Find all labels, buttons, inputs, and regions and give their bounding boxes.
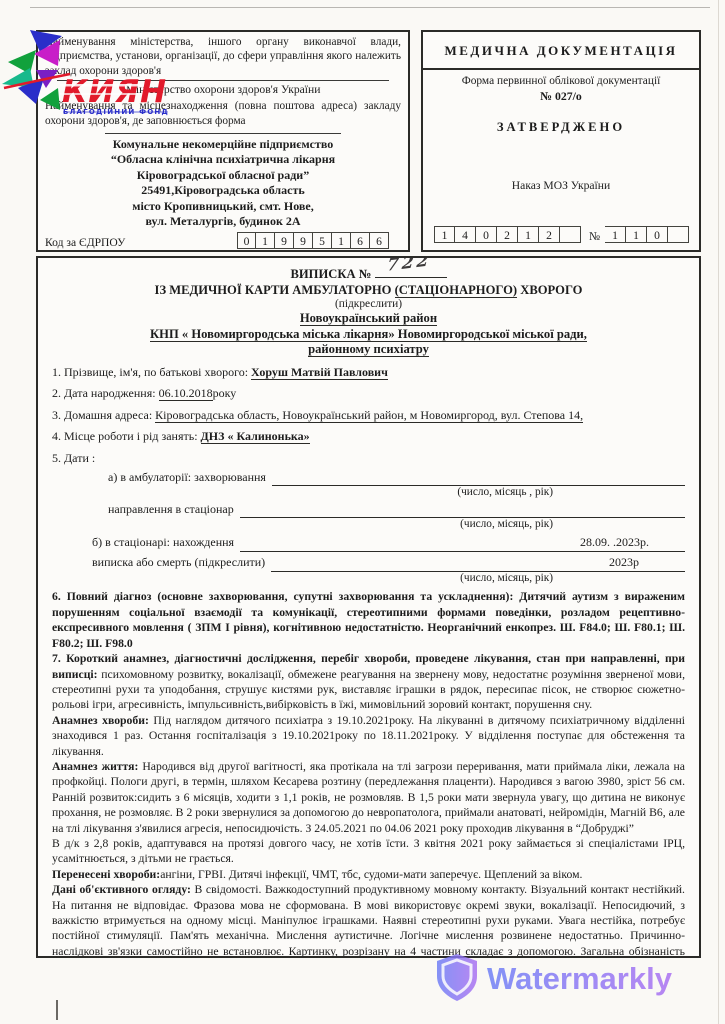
- header-right-box: МЕДИЧНА ДОКУМЕНТАЦІЯ Форма первинної обл…: [421, 30, 701, 252]
- code-cell: 1: [434, 226, 455, 243]
- title-text: ІЗ МЕДИЧНОЇ КАРТИ АМБУЛАТОРНО: [155, 283, 395, 297]
- patient-fields: 1. Прізвище, ім'я, по батькові хворого: …: [52, 364, 685, 586]
- form-number: № 027/о: [423, 89, 699, 104]
- past-illnesses-paragraph: Перенесені хвороби:ангіни, ГРВІ. Дитячі …: [52, 867, 685, 882]
- field-label: направлення в стаціонар: [108, 501, 234, 518]
- scan-edge-line-right: [718, 0, 719, 1024]
- diagnosis-paragraph: 6. Повний діагноз (основне захворювання,…: [52, 589, 685, 651]
- birth-date-value: 06.10.2018: [159, 386, 213, 401]
- watermarkly-watermark: Watermarkly: [433, 950, 718, 1010]
- code-cell: 1: [626, 226, 647, 243]
- code-cell: 1: [332, 232, 351, 249]
- approved-label: ЗАТВЕРДЖЕНО: [423, 120, 699, 135]
- number-sign-label: №: [589, 230, 600, 243]
- facility-line: “Обласна клінічна психіатрична лікарня: [45, 152, 401, 167]
- short-anamnesis-paragraph: 7. Короткий анамнез, діагностичні дослід…: [52, 651, 685, 713]
- field-workplace: 4. Місце роботи і рід занять: ДНЗ « Кали…: [52, 428, 685, 445]
- code-cell: 5: [313, 232, 332, 249]
- extract-title-line1: ВИПИСКА № 722: [52, 264, 685, 283]
- field-label: виписка або смерть (підкреслити): [92, 554, 265, 572]
- kyian-logo-subtext: БЛАГОДІЙНИЙ ФОНД: [63, 107, 168, 116]
- shield-icon: [437, 954, 477, 1001]
- facility-line: Кіровоградської обласної ради”: [45, 168, 401, 183]
- code-cell: 9: [275, 232, 294, 249]
- workplace-value: ДНЗ « Калинонька»: [201, 429, 310, 444]
- code-cell: 1: [518, 226, 539, 243]
- code-cell: 0: [237, 232, 256, 249]
- paragraph-lead: Анамнез життя:: [52, 760, 138, 773]
- pinwheel-icon: [2, 30, 70, 110]
- code-cell: 4: [455, 226, 476, 243]
- code-cell: 0: [476, 226, 497, 243]
- code-cell: 2: [497, 226, 518, 243]
- field-label: а) в амбулаторії: захворювання: [108, 469, 266, 486]
- paragraph-text: В д/к з 2,8 років, адаптувався на протяз…: [52, 837, 685, 865]
- code-cell: 1: [256, 232, 275, 249]
- field-label: 3. Домашня адреса:: [52, 408, 152, 422]
- facility-name-block: Комунальне некомерційне підприємство “Об…: [45, 137, 401, 229]
- fill-in-blank: 28.09. .2023р.: [240, 534, 685, 552]
- facility-line: вул. Металургів, будинок 2А: [45, 214, 401, 229]
- home-address-value: Кіровоградська область, Новоукраїнський …: [155, 408, 583, 423]
- code-cell: 2: [539, 226, 560, 243]
- code-cell: 1: [605, 226, 626, 243]
- paragraph-lead: Перенесені хвороби:: [52, 868, 160, 881]
- kyian-logo-text: КИЯН: [62, 74, 167, 110]
- facility-line: 25491,Кіровоградська область: [45, 183, 401, 198]
- handwritten-extract-number: 722: [386, 256, 432, 274]
- fill-in-blank: 2023р: [271, 554, 685, 572]
- extract-body-box: ВИПИСКА № 722 ІЗ МЕДИЧНОЇ КАРТИ АМБУЛАТО…: [36, 256, 701, 958]
- title-text: ХВОРОГО: [517, 283, 582, 297]
- referral-row: направлення в стаціонар: [108, 501, 685, 518]
- underline-instruction: (підкреслити): [52, 298, 685, 311]
- scan-edge-line: [30, 7, 710, 8]
- paragraph-lead: 6. Повний діагноз (основне захворювання,…: [52, 590, 685, 649]
- kyian-charity-fund-logo: КИЯН БЛАГОДІЙНИЙ ФОНД: [0, 26, 168, 144]
- objective-exam-paragraph: Дані об'єктивного огляду: В свідомості. …: [52, 882, 685, 958]
- underlined-stationary-word: (СТАЦІОНАРНОГО): [395, 283, 518, 298]
- code-cell: 0: [647, 226, 668, 243]
- code-cell: 6: [370, 232, 389, 249]
- field-label: 4. Місце роботи і рід занять:: [52, 429, 198, 443]
- life-anamnesis-paragraph: Анамнез життя: Народився від другої вагі…: [52, 759, 685, 836]
- field-home-address: 3. Домашня адреса: Кіровоградська област…: [52, 407, 685, 424]
- discharge-year-value: 2023р: [609, 555, 685, 569]
- addressee-line1: КНП « Новомиргородська міська лікарня» Н…: [52, 327, 685, 343]
- clinical-text-section: 6. Повний діагноз (основне захворювання,…: [52, 589, 685, 958]
- watermark-text: Watermarkly: [487, 961, 673, 996]
- disease-anamnesis-paragraph: Анамнез хвороби: Під наглядом дитячого п…: [52, 713, 685, 759]
- inpatient-stay-row: б) в стаціонарі: нахождення 28.09. .2023…: [92, 534, 685, 552]
- paragraph-text: ангіни, ГРВІ. Дитячі інфекції, ЧМТ, тбс,…: [160, 868, 582, 881]
- scan-artifact-mark: [56, 1000, 58, 1020]
- code-cell: [668, 226, 689, 243]
- paragraph-text: Народився від другої вагітності, яка про…: [52, 760, 685, 835]
- edrpou-code-cells: 0 1 9 9 5 1 6 6: [237, 232, 389, 249]
- edrpou-row: Код за ЄДРПОУ 0 1 9 9 5 1 6 6: [45, 232, 401, 249]
- addressee-line2: районному психіатру: [52, 342, 685, 358]
- date-format-hint: (число, місяць, рік): [52, 518, 685, 532]
- fill-in-blank: [240, 501, 685, 518]
- admission-date-value: 28.09. .2023р.: [580, 535, 685, 549]
- patient-name-value: Хоруш Матвій Павлович: [251, 365, 388, 380]
- code-cell: 9: [294, 232, 313, 249]
- field-dates-label: 5. Дати :: [52, 450, 685, 467]
- paragraph-lead: Дані об'єктивного огляду:: [52, 883, 191, 896]
- extract-number-label: ВИПИСКА №: [290, 267, 371, 281]
- field-label: 1. Прізвище, ім'я, по батькові хворого:: [52, 365, 248, 379]
- code-cell: [560, 226, 581, 243]
- district-line: Новоукраїнський район: [52, 311, 685, 327]
- edrpou-label: Код за ЄДРПОУ: [45, 236, 125, 249]
- field-label: 2. Дата народження:: [52, 386, 156, 400]
- field-birth-date: 2. Дата народження: 06.10.2018року: [52, 385, 685, 402]
- extract-title-line2: ІЗ МЕДИЧНОЇ КАРТИ АМБУЛАТОРНО (СТАЦІОНАР…: [52, 283, 685, 299]
- facility-line: місто Кропивницький, смт. Нове,: [45, 199, 401, 214]
- kindergarten-paragraph: В д/к з 2,8 років, адаптувався на протяз…: [52, 836, 685, 867]
- extract-number-blank: 722: [375, 264, 447, 278]
- discharge-row: виписка або смерть (підкреслити) 2023р: [92, 554, 685, 572]
- ambulatory-illness-row: а) в амбулаторії: захворювання: [108, 469, 685, 486]
- date-format-hint: (число, місяць, рік): [52, 572, 685, 586]
- code-cell: 6: [351, 232, 370, 249]
- year-suffix: року: [213, 386, 237, 400]
- date-format-hint: (число, місяць , рік): [52, 486, 685, 500]
- paragraph-lead: Анамнез хвороби:: [52, 714, 149, 727]
- field-label: б) в стаціонарі: нахождення: [92, 534, 234, 552]
- form-type-label: Форма первинної облікової документації: [423, 75, 699, 87]
- moz-order-label: Наказ МОЗ України: [423, 179, 699, 192]
- fill-in-blank: [272, 469, 685, 486]
- form-code-row: 1 4 0 2 1 2 № 1 1 0: [434, 226, 689, 243]
- medical-documentation-title: МЕДИЧНА ДОКУМЕНТАЦІЯ: [423, 32, 699, 70]
- paragraph-text: психомовному розвитку, вокалізації, обме…: [52, 668, 685, 712]
- field-patient-name: 1. Прізвище, ім'я, по батькові хворого: …: [52, 364, 685, 381]
